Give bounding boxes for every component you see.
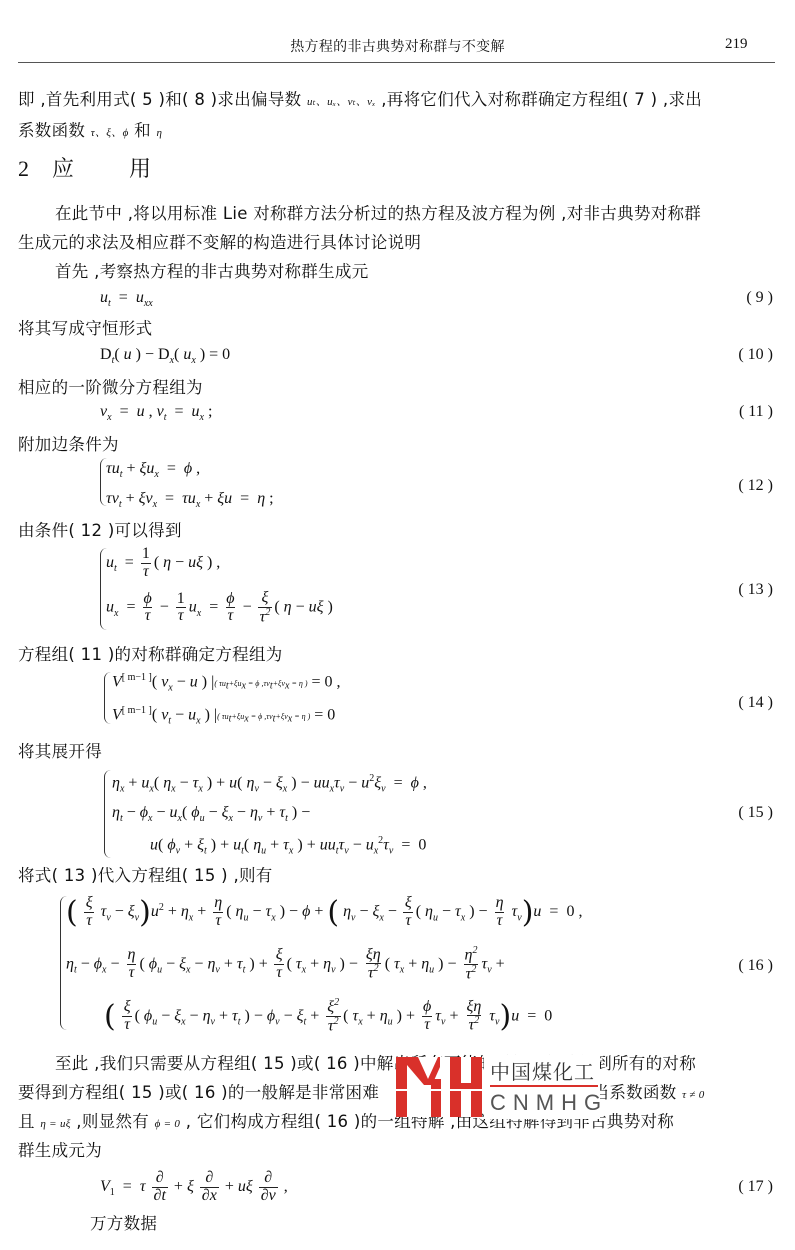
page-number: 219 bbox=[725, 36, 748, 53]
section-title: 用 bbox=[129, 157, 151, 182]
equation-10: Dt( u ) − Dx( ux ) = 0 bbox=[100, 346, 230, 366]
equation-13-line-2: ux = ϕτ − 1τux = ϕτ − ξτ2( η − uξ ) bbox=[106, 590, 333, 626]
footer-source: 万方数据 bbox=[90, 1210, 157, 1234]
equation-number-14: ( 14 ) bbox=[738, 694, 773, 712]
equation-15-line-1: ηx + ux( ηx − τx ) + u( ηv − ξx ) − uuxτ… bbox=[112, 773, 427, 795]
watermark-divider bbox=[490, 1085, 598, 1087]
text: ,则显然有 bbox=[76, 1112, 149, 1131]
text-expand: 将其展开得 bbox=[18, 738, 102, 762]
watermark-logo-icon bbox=[396, 1057, 482, 1117]
text: 即 ,首先利用式( 5 )和( 8 )求出偏导数 bbox=[18, 90, 301, 109]
watermark-text-cn: 中国煤化工 bbox=[490, 1056, 595, 1085]
equation-number-13: ( 13 ) bbox=[738, 581, 773, 599]
math-inline: ϕ = 0 bbox=[155, 1118, 181, 1130]
equation-12-line-1: τut + ξux = ϕ , bbox=[106, 460, 200, 480]
equation-number-9: ( 9 ) bbox=[746, 289, 773, 307]
math-inline: τ、ξ、ϕ bbox=[91, 127, 129, 139]
section-title: 应 bbox=[52, 157, 74, 182]
text-symmetry-determining: 方程组( 11 )的对称群确定方程组为 bbox=[18, 641, 283, 665]
equation-13-line-1: ut = 1τ( η − uξ ) , bbox=[106, 546, 220, 581]
equation-16-line-2: ηt − ϕx − ητ( ϕu − ξx − ηv + τt ) + ξτ( … bbox=[66, 946, 505, 983]
paragraph-1-line-1: 即 ,首先利用式( 5 )和( 8 )求出偏导数 uₜ、uₓ、vₜ、vₓ ,再将… bbox=[18, 86, 702, 110]
paragraph-2-line-1: 在此节中 ,将以用标准 Lie 对称群方法分析过的热方程及波方程为例 ,对非古典… bbox=[55, 200, 701, 224]
equation-16-line-3: ( ξτ( ϕu − ξx − ηv + τt ) − ϕv − ξt + ξ2… bbox=[104, 998, 552, 1035]
equation-14-line-2: V[ m−1 ]( vt − ux ) |( τut+ξux = ϕ ,τvt+… bbox=[112, 705, 335, 727]
math-inline: η bbox=[157, 127, 163, 139]
header-rule bbox=[18, 62, 775, 63]
equation-15-line-3: u( ϕv + ξt ) + ut( ηu + τx ) + uutτv − u… bbox=[150, 835, 426, 857]
equation-number-16: ( 16 ) bbox=[738, 957, 773, 975]
equation-16-line-1: ( ξτ τv − ξv)u2 + ηx + ητ( ηu − τx ) − ϕ… bbox=[66, 895, 582, 930]
section-heading: 2 应 用 bbox=[18, 152, 151, 183]
text: 和 bbox=[134, 121, 151, 140]
text-first-order-system: 相应的一阶微分方程组为 bbox=[18, 374, 203, 398]
left-brace bbox=[104, 672, 111, 724]
equation-11: vx = u , vt = ux ; bbox=[100, 403, 212, 423]
text-conservation-form: 将其写成守恒形式 bbox=[18, 315, 152, 339]
math-inline: uₜ、uₓ、vₜ、vₓ bbox=[307, 96, 376, 108]
equation-17: V1 = τ ∂∂t + ξ ∂∂x + uξ ∂∂v , bbox=[100, 1170, 288, 1205]
equation-12-line-2: τvt + ξvx = τux + ξu = η ; bbox=[106, 490, 274, 510]
paragraph-4-line-4: 群生成元为 bbox=[18, 1137, 102, 1161]
text-from-condition-12: 由条件( 12 )可以得到 bbox=[18, 517, 182, 541]
text: ,再将它们代入对称群确定方程组( 7 ) ,求出 bbox=[381, 90, 702, 109]
equation-9: ut = uxx bbox=[100, 289, 153, 309]
text-boundary-conditions: 附加边条件为 bbox=[18, 431, 119, 455]
equation-number-12: ( 12 ) bbox=[738, 477, 773, 495]
equation-number-11: ( 11 ) bbox=[739, 403, 773, 421]
paragraph-1-line-2: 系数函数 τ、ξ、ϕ 和 η bbox=[18, 117, 162, 141]
left-brace bbox=[104, 770, 111, 858]
equation-number-15: ( 15 ) bbox=[738, 804, 773, 822]
equation-14-line-1: V[ m−1 ]( vx − u ) |( τut+ξux = ϕ ,τvt+ξ… bbox=[112, 672, 341, 694]
running-title: 热方程的非古典势对称群与不变解 bbox=[0, 36, 795, 56]
text: 系数函数 bbox=[18, 121, 85, 140]
equation-15-line-2: ηt − ϕx − ux( ϕu − ξx − ηv + τt ) − bbox=[112, 804, 310, 824]
text: 要得到方程组( 15 )或( 16 )的一般解是非常困难 bbox=[18, 1083, 379, 1102]
paragraph-3-line-1: 首先 ,考察热方程的非古典势对称群生成元 bbox=[55, 258, 369, 282]
math-inline: τ ≠ 0 bbox=[682, 1089, 704, 1101]
equation-number-10: ( 10 ) bbox=[738, 346, 773, 364]
math-inline: η = uξ bbox=[40, 1118, 70, 1130]
equation-number-17: ( 17 ) bbox=[738, 1178, 773, 1196]
text-substitute: 将式( 13 )代入方程组( 15 ) ,则有 bbox=[18, 862, 273, 886]
watermark-text-latin: CNMHG bbox=[490, 1090, 608, 1116]
paragraph-2-line-2: 生成元的求法及相应群不变解的构造进行具体讨论说明 bbox=[18, 229, 421, 253]
section-number: 2 bbox=[18, 156, 29, 181]
text: 且 bbox=[18, 1112, 35, 1131]
